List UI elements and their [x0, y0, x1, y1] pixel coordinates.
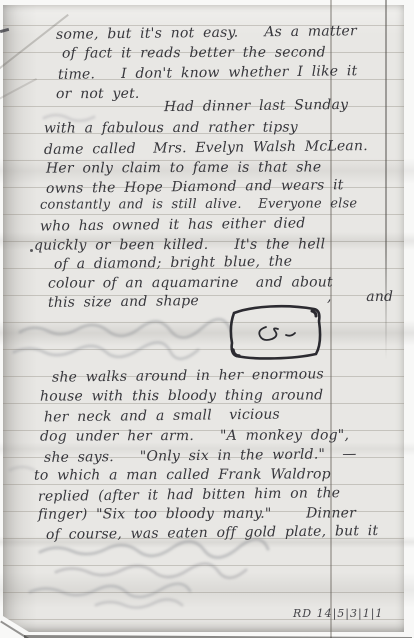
- handwritten-line: or not yet.: [56, 87, 140, 101]
- handwritten-line: quickly or been killed. It's the hell: [34, 237, 325, 252]
- archive-reference: RD 14|5|3|1|1: [293, 607, 383, 620]
- handwritten-line: of course, was eaten off gold plate, but…: [46, 524, 378, 542]
- handwritten-line: Had dinner last Sunday: [164, 98, 348, 114]
- handwritten-line: owns the Hope Diamond and wears it: [46, 178, 344, 196]
- handwritten-line: replied (after it had bitten him on the: [38, 486, 340, 504]
- handwritten-line: to which a man called Frank Waldrop: [34, 467, 331, 482]
- handwritten-line: her neck and a small vicious: [44, 408, 280, 425]
- handwritten-line: constantly and is still alive. Everyone …: [40, 197, 357, 211]
- handwritten-line: dame called Mrs. Evelyn Walsh McLean.: [44, 139, 368, 157]
- diamond-size-sketch: [224, 299, 328, 363]
- handwritten-line: time. I don't know whether I like it: [58, 64, 358, 82]
- handwritten-line: she says. "Only six in the world." —: [44, 447, 357, 465]
- handwritten-line: , and: [327, 290, 393, 304]
- handwritten-line: this size and shape: [48, 294, 199, 310]
- handwritten-line: of a diamond; bright blue, the: [54, 255, 292, 272]
- handwritten-line: she walks around in her enormous: [52, 367, 324, 384]
- scanned-letter-page: { "letter": { "kind": "handwritten-lette…: [0, 0, 414, 638]
- handwritten-line: of fact it reads better the second: [62, 45, 326, 60]
- handwritten-line: who has owned it has either died: [40, 216, 306, 233]
- handwritten-line: some, but it's not easy. As a matter: [56, 24, 357, 42]
- handwritten-line: house with this bloody thing around: [40, 388, 323, 403]
- insertion-dot: [30, 249, 33, 252]
- handwritten-line: with a fabulous and rather tipsy: [44, 120, 298, 135]
- handwritten-line: dog under her arm. "A monkey dog",: [40, 428, 349, 443]
- handwriting-layer: some, but it's not easy. As a matter of …: [0, 0, 414, 638]
- handwritten-line: colour of an aquamarine and about: [48, 275, 333, 290]
- handwritten-line: finger) "Six too bloody many." Dinner: [38, 506, 356, 521]
- handwritten-line: Her only claim to fame is that she: [46, 160, 321, 175]
